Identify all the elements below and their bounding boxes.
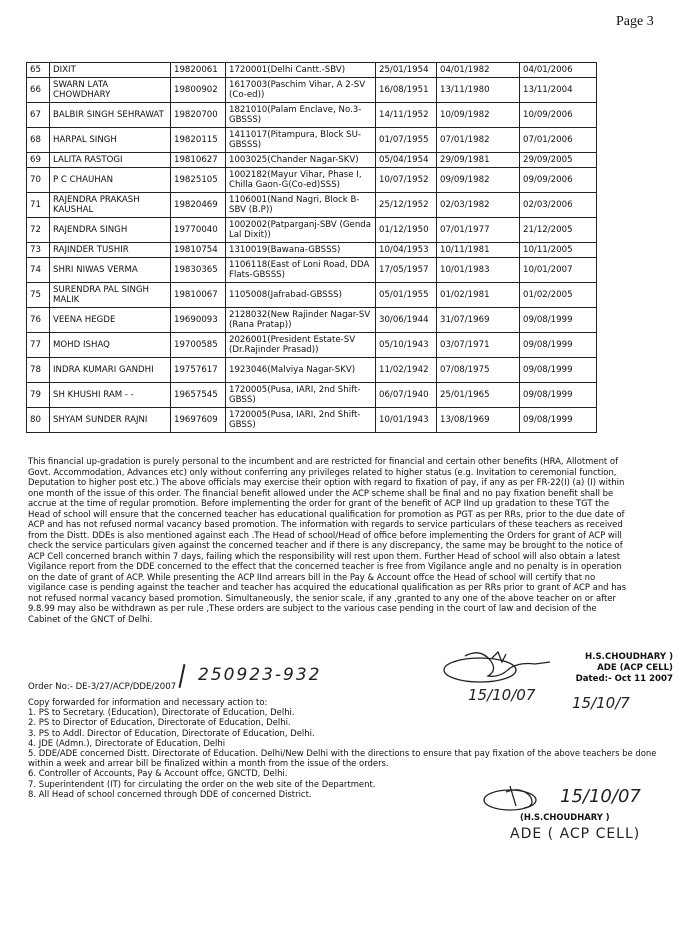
- cell-dob: 05/10/1943: [376, 333, 437, 358]
- cell-sn: 68: [27, 128, 50, 153]
- table-row: 71RAJENDRA PRAKASH KAUSHAL19820469110600…: [27, 193, 597, 218]
- cell-dob: 10/07/1952: [376, 168, 437, 193]
- cell-acp-date: 07/01/2006: [520, 128, 597, 153]
- cell-doj: 07/01/1982: [437, 128, 520, 153]
- cell-id: 19697609: [171, 408, 226, 433]
- cell-dob: 01/12/1950: [376, 218, 437, 243]
- cell-acp-date: 29/09/2005: [520, 153, 597, 168]
- cell-acp-date: 04/01/2006: [520, 63, 597, 78]
- cell-dob: 05/04/1954: [376, 153, 437, 168]
- cell-dob: 14/11/1952: [376, 103, 437, 128]
- cell-sn: 67: [27, 103, 50, 128]
- cell-name: MOHD ISHAQ: [50, 333, 171, 358]
- cell-acp-date: 21/12/2005: [520, 218, 597, 243]
- cell-doj: 01/02/1981: [437, 283, 520, 308]
- cell-doj: 31/07/1969: [437, 308, 520, 333]
- cell-acp-date: 09/08/1999: [520, 408, 597, 433]
- cell-school: 1002182(Mayur Vihar, Phase I, Chilla Gao…: [226, 168, 376, 193]
- cell-id: 19810627: [171, 153, 226, 168]
- copy-forwarded-list: Copy forwarded for information and neces…: [28, 697, 668, 799]
- table-row: 80SHYAM SUNDER RAJNI196976091720005(Pusa…: [27, 408, 597, 433]
- cell-dob: 25/12/1952: [376, 193, 437, 218]
- table-row: 77MOHD ISHAQ197005852026001(President Es…: [27, 333, 597, 358]
- cell-school: 1411017(Pitampura, Block SU-GBSSS): [226, 128, 376, 153]
- table-row: 67BALBIR SINGH SEHRAWAT198207001821010(P…: [27, 103, 597, 128]
- body-paragraph: This financial up-gradation is purely pe…: [28, 456, 628, 624]
- cell-school: 1720005(Pusa, IARI, 2nd Shift-GBSS): [226, 408, 376, 433]
- cell-school: 1720005(Pusa, IARI, 2nd Shift-GBSS): [226, 383, 376, 408]
- cell-id: 19800902: [171, 78, 226, 103]
- cell-id: 19700585: [171, 333, 226, 358]
- cell-id: 19770040: [171, 218, 226, 243]
- cell-doj: 07/01/1977: [437, 218, 520, 243]
- cell-doj: 29/09/1981: [437, 153, 520, 168]
- table-row: 74SHRI NIWAS VERMA198303651106118(East o…: [27, 258, 597, 283]
- cell-acp-date: 09/08/1999: [520, 308, 597, 333]
- cell-id: 19657545: [171, 383, 226, 408]
- cell-sn: 77: [27, 333, 50, 358]
- cell-school: 1923046(Malviya Nagar-SKV): [226, 358, 376, 383]
- copy-item: 1. PS to Secretary. (Education), Directo…: [28, 707, 668, 717]
- cell-acp-date: 10/01/2007: [520, 258, 597, 283]
- cell-name: SWARN LATA CHOWDHARY: [50, 78, 171, 103]
- cell-name: RAJENDRA PRAKASH KAUSHAL: [50, 193, 171, 218]
- table-row: 68HARPAL SINGH198201151411017(Pitampura,…: [27, 128, 597, 153]
- cell-name: P C CHAUHAN: [50, 168, 171, 193]
- cell-acp-date: 10/11/2005: [520, 243, 597, 258]
- cell-doj: 09/09/1982: [437, 168, 520, 193]
- cell-school: 1105008(Jafrabad-GBSSS): [226, 283, 376, 308]
- copy-item: 3. PS to Addl. Director of Education, Di…: [28, 728, 668, 738]
- table-row: 70P C CHAUHAN198251051002182(Mayur Vihar…: [27, 168, 597, 193]
- cell-sn: 72: [27, 218, 50, 243]
- cell-sn: 65: [27, 63, 50, 78]
- cell-id: 19810067: [171, 283, 226, 308]
- cell-id: 19820061: [171, 63, 226, 78]
- cell-school: 1821010(Palam Enclave, No.3-GBSSS): [226, 103, 376, 128]
- cell-dob: 05/01/1955: [376, 283, 437, 308]
- cell-sn: 76: [27, 308, 50, 333]
- cell-school: 1003025(Chander Nagar-SKV): [226, 153, 376, 168]
- cell-doj: 10/09/1982: [437, 103, 520, 128]
- cell-name: DIXIT: [50, 63, 171, 78]
- signatory-designation: ADE (ACP CELL): [483, 663, 673, 674]
- cell-school: 1106118(East of Loni Road, DDA Flats-GBS…: [226, 258, 376, 283]
- cell-sn: 66: [27, 78, 50, 103]
- cell-doj: 25/01/1965: [437, 383, 520, 408]
- cell-acp-date: 09/08/1999: [520, 358, 597, 383]
- table-row: 78INDRA KUMARI GANDHI197576171923046(Mal…: [27, 358, 597, 383]
- cell-name: RAJINDER TUSHIR: [50, 243, 171, 258]
- cell-acp-date: 01/02/2005: [520, 283, 597, 308]
- cell-dob: 11/02/1942: [376, 358, 437, 383]
- cell-id: 19690093: [171, 308, 226, 333]
- cell-school: 1002002(Patparganj-SBV (Genda Lal Dixit)…: [226, 218, 376, 243]
- cell-name: RAJENDRA SINGH: [50, 218, 171, 243]
- cell-sn: 70: [27, 168, 50, 193]
- table-row: 75SURENDRA PAL SINGH MALIK19810067110500…: [27, 283, 597, 308]
- cell-doj: 10/11/1981: [437, 243, 520, 258]
- handwritten-order-number: 250923-932: [198, 665, 321, 685]
- cell-dob: 10/04/1953: [376, 243, 437, 258]
- table-row: 72RAJENDRA SINGH197700401002002(Patparga…: [27, 218, 597, 243]
- signature-block-1: H.S.CHOUDHARY ) ADE (ACP CELL) Dated:- O…: [483, 652, 673, 685]
- cell-name: SH KHUSHI RAM - -: [50, 383, 171, 408]
- cell-doj: 04/01/1982: [437, 63, 520, 78]
- handwritten-designation: ADE ( ACP CELL): [510, 826, 640, 842]
- cell-sn: 73: [27, 243, 50, 258]
- cell-id: 19820469: [171, 193, 226, 218]
- cell-name: SHRI NIWAS VERMA: [50, 258, 171, 283]
- cell-sn: 79: [27, 383, 50, 408]
- cell-acp-date: 13/11/2004: [520, 78, 597, 103]
- table-row: 69LALITA RASTOGI198106271003025(Chander …: [27, 153, 597, 168]
- cell-school: 2128032(New Rajinder Nagar-SV (Rana Prat…: [226, 308, 376, 333]
- dated-line: Dated:- Oct 11 2007: [483, 674, 673, 685]
- table-row: 65DIXIT198200611720001(Delhi Cantt.-SBV)…: [27, 63, 597, 78]
- cell-name: SHYAM SUNDER RAJNI: [50, 408, 171, 433]
- cell-name: VEENA HEGDE: [50, 308, 171, 333]
- cell-dob: 10/01/1943: [376, 408, 437, 433]
- cell-acp-date: 02/03/2006: [520, 193, 597, 218]
- cell-acp-date: 10/09/2006: [520, 103, 597, 128]
- table-row: 79SH KHUSHI RAM - -196575451720005(Pusa,…: [27, 383, 597, 408]
- cell-doj: 10/01/1983: [437, 258, 520, 283]
- cell-school: 1106001(Nand Nagri, Block B-SBV (B.P)): [226, 193, 376, 218]
- cell-name: BALBIR SINGH SEHRAWAT: [50, 103, 171, 128]
- copy-item: 2. PS to Director of Education, Director…: [28, 717, 668, 727]
- cell-acp-date: 09/08/1999: [520, 383, 597, 408]
- cell-sn: 78: [27, 358, 50, 383]
- cell-name: INDRA KUMARI GANDHI: [50, 358, 171, 383]
- cell-dob: 25/01/1954: [376, 63, 437, 78]
- cell-acp-date: 09/08/1999: [520, 333, 597, 358]
- handwritten-date-3: 15/10/07: [560, 786, 641, 807]
- cell-dob: 16/08/1951: [376, 78, 437, 103]
- cell-sn: 69: [27, 153, 50, 168]
- cell-sn: 71: [27, 193, 50, 218]
- table-row: 73RAJINDER TUSHIR198107541310019(Bawana-…: [27, 243, 597, 258]
- cell-dob: 06/07/1940: [376, 383, 437, 408]
- copy-item: 6. Controller of Accounts, Pay & Account…: [28, 768, 668, 778]
- cell-dob: 01/07/1955: [376, 128, 437, 153]
- cell-school: 2026001(President Estate-SV (Dr.Rajinder…: [226, 333, 376, 358]
- copy-item: 5. DDE/ADE concerned Distt. Directorate …: [28, 748, 668, 768]
- cell-sn: 80: [27, 408, 50, 433]
- cell-sn: 75: [27, 283, 50, 308]
- order-number: Order No:- DE-3/27/ACP/DDE/2007: [28, 682, 176, 692]
- copy-item: 4. JDE (Admn.), Directorate of Education…: [28, 738, 668, 748]
- cell-id: 19810754: [171, 243, 226, 258]
- cell-sn: 74: [27, 258, 50, 283]
- signature-scribble-2: [480, 782, 560, 814]
- cell-id: 19757617: [171, 358, 226, 383]
- cell-school: 1310019(Bawana-GBSSS): [226, 243, 376, 258]
- cell-dob: 30/06/1944: [376, 308, 437, 333]
- cell-doj: 03/07/1971: [437, 333, 520, 358]
- cell-name: SURENDRA PAL SINGH MALIK: [50, 283, 171, 308]
- cell-name: LALITA RASTOGI: [50, 153, 171, 168]
- cell-id: 19820115: [171, 128, 226, 153]
- cell-dob: 17/05/1957: [376, 258, 437, 283]
- cell-id: 19820700: [171, 103, 226, 128]
- cell-doj: 02/03/1982: [437, 193, 520, 218]
- cell-id: 19830365: [171, 258, 226, 283]
- signatory-name-2: (H.S.CHOUDHARY ): [520, 812, 610, 822]
- cell-acp-date: 09/09/2006: [520, 168, 597, 193]
- cell-doj: 07/08/1975: [437, 358, 520, 383]
- cell-doj: 13/11/1980: [437, 78, 520, 103]
- cell-name: HARPAL SINGH: [50, 128, 171, 153]
- cell-doj: 13/08/1969: [437, 408, 520, 433]
- signatory-name: H.S.CHOUDHARY ): [483, 652, 673, 663]
- table-row: 76VEENA HEGDE196900932128032(New Rajinde…: [27, 308, 597, 333]
- cell-id: 19825105: [171, 168, 226, 193]
- page-number: Page 3: [616, 14, 654, 30]
- copy-intro: Copy forwarded for information and neces…: [28, 697, 668, 707]
- cell-school: 1617003(Paschim Vihar, A 2-SV (Co-ed)): [226, 78, 376, 103]
- table-row: 66SWARN LATA CHOWDHARY198009021617003(Pa…: [27, 78, 597, 103]
- acp-teacher-table: 65DIXIT198200611720001(Delhi Cantt.-SBV)…: [26, 62, 597, 433]
- cell-school: 1720001(Delhi Cantt.-SBV): [226, 63, 376, 78]
- order-slash-mark: [179, 664, 186, 688]
